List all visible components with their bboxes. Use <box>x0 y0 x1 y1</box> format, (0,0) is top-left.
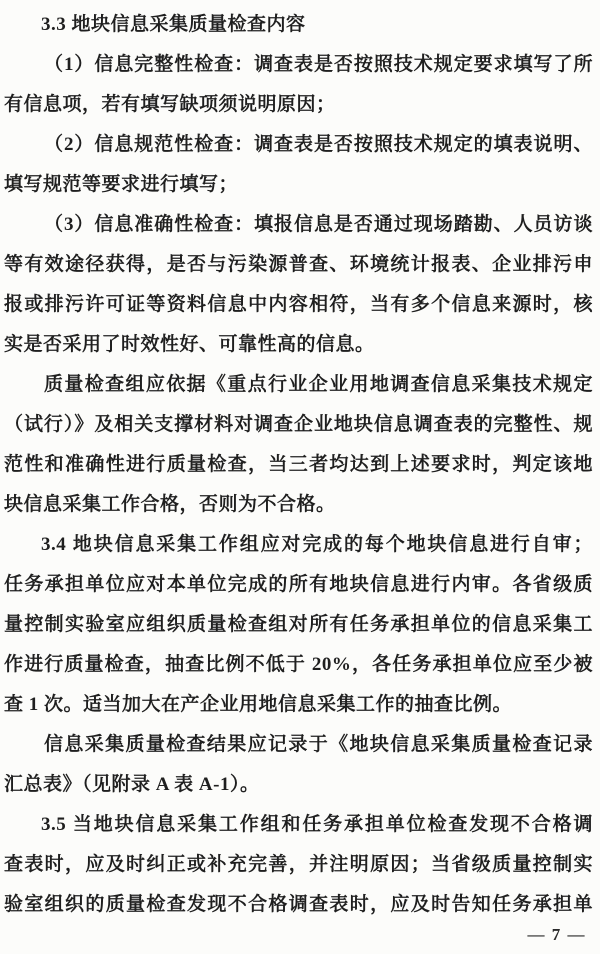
text-line: 任务承担单位应对本单位完成的所有地块信息进行内审。各省级质 <box>4 565 593 605</box>
section-heading-3-4: 3.4 地块信息采集工作组应对完成的每个地块信息进行自审； <box>4 525 593 565</box>
text-line: （试行）》及相关支撑材料对调查企业地块信息调查表的完整性、规 <box>4 405 593 445</box>
text-line: （3）信息准确性检查：填报信息是否通过现场踏勘、人员访谈 <box>4 205 593 245</box>
text-line: 报或排污许可证等资料信息中内容相符，当有多个信息来源时，核 <box>4 285 593 325</box>
document-page: 3.3 地块信息采集质量检查内容 （1）信息完整性检查：调查表是否按照技术规定要… <box>0 0 600 954</box>
text-line: 实是否采用了时效性好、可靠性高的信息。 <box>4 325 593 365</box>
page-number: — 7 — <box>528 925 587 945</box>
text-line: 块信息采集工作合格，否则为不合格。 <box>4 485 593 525</box>
text-line: 汇总表》（见附录 A 表 A-1）。 <box>4 765 593 805</box>
text-line: 等有效途径获得，是否与污染源普查、环境统计报表、企业排污申 <box>4 245 593 285</box>
text-line: 有信息项，若有填写缺项须说明原因； <box>4 85 593 125</box>
section-heading-3-5: 3.5 当地块信息采集工作组和任务承担单位检查发现不合格调 <box>4 805 593 845</box>
section-heading-3-3: 3.3 地块信息采集质量检查内容 <box>4 5 593 45</box>
text-line: 信息采集质量检查结果应记录于《地块信息采集质量检查记录 <box>4 725 593 765</box>
text-line: 量控制实验室应组织质量检查组对所有任务承担单位的信息采集工 <box>4 605 593 645</box>
text-line: 填写规范等要求进行填写； <box>4 165 593 205</box>
text-line: 验室组织的质量检查发现不合格调查表时，应及时告知任务承担单 <box>4 885 593 925</box>
text-line: 作进行质量检查，抽查比例不低于 20%，各任务承担单位应至少被抽 <box>4 645 593 685</box>
text-line: 查 1 次。适当加大在产企业用地信息采集工作的抽查比例。 <box>4 685 593 725</box>
text-line: 质量检查组应依据《重点行业企业用地调查信息采集技术规定 <box>4 365 593 405</box>
text-line: 范性和准确性进行质量检查，当三者均达到上述要求时，判定该地 <box>4 445 593 485</box>
text-line: 查表时，应及时纠正或补充完善，并注明原因；当省级质量控制实 <box>4 845 593 885</box>
text-line: （1）信息完整性检查：调查表是否按照技术规定要求填写了所 <box>4 45 593 85</box>
text-line: （2）信息规范性检查：调查表是否按照技术规定的填表说明、 <box>4 125 593 165</box>
document-text-block: 3.3 地块信息采集质量检查内容 （1）信息完整性检查：调查表是否按照技术规定要… <box>4 5 593 925</box>
